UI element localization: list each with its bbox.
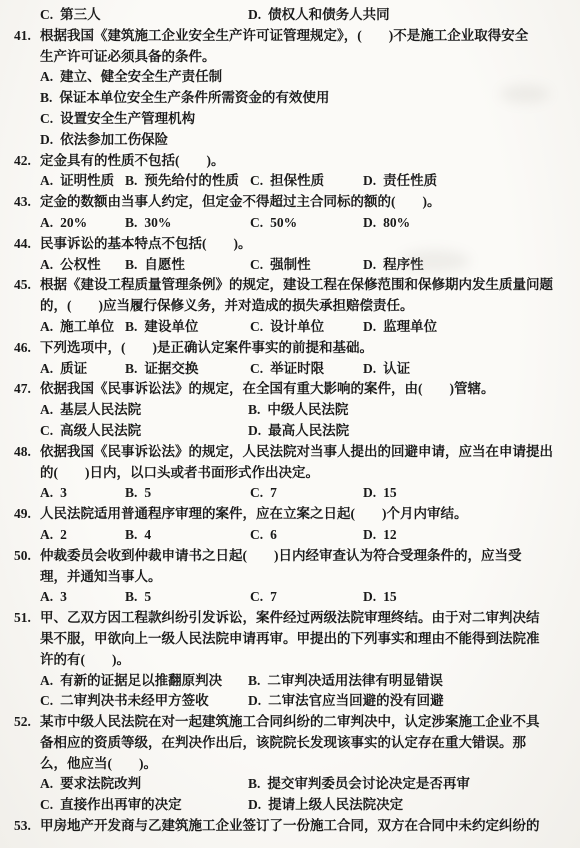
question-number: 51. <box>14 608 40 629</box>
question-stem: 人民法院适用普通程序审理的案件，应在立案之日起( )个月内审结。 <box>40 504 562 525</box>
option: B.保证本单位安全生产条件所需资金的有效使用 <box>40 88 562 109</box>
option: C.二审判决书未经甲方签收 <box>40 691 248 712</box>
option-text: 认证 <box>383 361 410 376</box>
question-50: 50. 仲裁委员会收到仲裁申请书之日起( )日内经审查认为符合受理条件的，应当受… <box>14 546 562 608</box>
option-label: B. <box>125 361 137 376</box>
option-label: C. <box>250 589 263 604</box>
question-number: 50. <box>14 546 40 567</box>
option-label: D. <box>248 423 261 438</box>
options-group: A.建立、健全安全生产责任制 B.保证本单位安全生产条件所需资金的有效使用 C.… <box>40 67 562 150</box>
option: A.基层人民法院 <box>40 400 248 421</box>
option-text: 5 <box>144 589 151 604</box>
option-text: 担保性质 <box>270 173 324 188</box>
option: A.公权性 <box>40 255 125 276</box>
option: A.3 <box>40 483 125 504</box>
option: A.施工单位 <box>40 317 125 338</box>
option-text: 施工单位 <box>60 319 114 334</box>
question-stem: 民事诉讼的基本特点不包括( )。 <box>40 234 562 255</box>
option-text: 公权性 <box>60 257 101 272</box>
question-47: 47. 依据我国《民事诉讼法》的规定，在全国有重大影响的案件，由( )管辖。 A… <box>14 379 562 441</box>
option: D.认证 <box>363 359 562 380</box>
option: D.债权人和债务人共同 <box>248 5 562 26</box>
options-group: A.3 B.5 C.7 D.15 <box>40 587 562 608</box>
option: D.依法参加工伤保险 <box>40 130 562 151</box>
options-group: A.有新的证据足以推翻原判决 B.二审判决适用法律有明显错误 C.二审判决书未经… <box>40 671 562 713</box>
option-label: B. <box>125 173 137 188</box>
option-label: B. <box>125 319 137 334</box>
option: C.直接作出再审的决定 <box>40 795 248 816</box>
question-51: 51. 甲、乙双方因工程款纠纷引发诉讼，案件经过两级法院审理终结。由于对二审判决… <box>14 608 562 712</box>
option-text: 12 <box>383 527 397 542</box>
option-text: 基层人民法院 <box>60 402 141 417</box>
option-text: 7 <box>270 485 277 500</box>
option: A.有新的证据足以推翻原判决 <box>40 671 248 692</box>
option: C.6 <box>250 525 363 546</box>
option-label: C. <box>250 527 263 542</box>
question-number: 45. <box>14 275 40 296</box>
option: B.5 <box>125 483 250 504</box>
option-label: B. <box>40 90 52 105</box>
option-label: D. <box>363 319 376 334</box>
option-text: 依法参加工伤保险 <box>60 132 168 147</box>
option: A.要求法院改判 <box>40 774 248 795</box>
option-label: A. <box>40 527 53 542</box>
option-text: 有新的证据足以推翻原判决 <box>60 673 222 688</box>
option-text: 2 <box>60 527 67 542</box>
option-text: 要求法院改判 <box>60 776 141 791</box>
question-stem: 根据《建设工程质量管理条例》的规定，建设工程在保修范围和保修期内发生质量问题 的… <box>40 275 562 317</box>
option-label: B. <box>248 673 260 688</box>
question-44: 44. 民事诉讼的基本特点不包括( )。 A.公权性 B.自愿性 C.强制性 D… <box>14 234 562 276</box>
option: B.二审判决适用法律有明显错误 <box>248 671 562 692</box>
option-label: A. <box>40 319 53 334</box>
question-number: 47. <box>14 379 40 400</box>
question-stem-row: 47. 依据我国《民事诉讼法》的规定，在全国有重大影响的案件，由( )管辖。 <box>14 379 562 400</box>
option: A.建立、健全安全生产责任制 <box>40 67 562 88</box>
option: C.7 <box>250 483 363 504</box>
question-stem-row: 46. 下列选项中，( )是正确认定案件事实的前提和基础。 <box>14 338 562 359</box>
option: D.12 <box>363 525 562 546</box>
option-text: 设置安全生产管理机构 <box>60 111 195 126</box>
option-label: C. <box>40 7 53 22</box>
question-number: 43. <box>14 192 40 213</box>
option: A.质证 <box>40 359 125 380</box>
option-text: 程序性 <box>383 257 424 272</box>
option-label: D. <box>363 257 376 272</box>
option: C.高级人民法院 <box>40 421 248 442</box>
option-text: 监理单位 <box>383 319 437 334</box>
option-text: 建立、健全安全生产责任制 <box>60 69 222 84</box>
option-label: D. <box>363 215 376 230</box>
option-label: A. <box>40 69 53 84</box>
question-stem: 根据我国《建筑施工企业安全生产许可证管理规定》，( )不是施工企业取得安全 生产… <box>40 26 562 68</box>
option: A.20% <box>40 213 125 234</box>
option-text: 建设单位 <box>144 319 198 334</box>
option-label: C. <box>40 797 53 812</box>
question-number: 49. <box>14 504 40 525</box>
question-stem-row: 41. 根据我国《建筑施工企业安全生产许可证管理规定》，( )不是施工企业取得安… <box>14 26 562 68</box>
question-stem-row: 53. 甲房地产开发商与乙建筑施工企业签订了一份施工合同，双方在合同中未约定纠纷… <box>14 816 562 837</box>
option-text: 50% <box>270 215 297 230</box>
question-number: 42. <box>14 151 40 172</box>
option-text: 3 <box>60 589 67 604</box>
question-42: 42. 定金具有的性质不包括( )。 A.证明性质 B.预先给付的性质 C.担保… <box>14 151 562 193</box>
option: C.第三人 <box>40 5 248 26</box>
option-label: D. <box>363 589 376 604</box>
option-text: 高级人民法院 <box>60 423 141 438</box>
question-stem: 甲房地产开发商与乙建筑施工企业签订了一份施工合同，双方在合同中未约定纠纷的 <box>40 816 562 837</box>
option-label: B. <box>125 527 137 542</box>
option-text: 责任性质 <box>383 173 437 188</box>
option: D.80% <box>363 213 562 234</box>
option-label: A. <box>40 589 53 604</box>
question-41: 41. 根据我国《建筑施工企业安全生产许可证管理规定》，( )不是施工企业取得安… <box>14 26 562 151</box>
question-number: 48. <box>14 442 40 463</box>
option-text: 3 <box>60 485 67 500</box>
option-text: 最高人民法院 <box>268 423 349 438</box>
options-group: A.要求法院改判 B.提交审判委员会讨论决定是否再审 C.直接作出再审的决定 D… <box>40 774 562 816</box>
question-stem-row: 45. 根据《建设工程质量管理条例》的规定，建设工程在保修范围和保修期内发生质量… <box>14 275 562 317</box>
question-stem: 依据我国《民事诉讼法》的规定，在全国有重大影响的案件，由( )管辖。 <box>40 379 562 400</box>
scanned-exam-page: C.第三人 D.债权人和债务人共同 41. 根据我国《建筑施工企业安全生产许可证… <box>0 0 580 848</box>
option-label: D. <box>363 485 376 500</box>
question-number: 44. <box>14 234 40 255</box>
option: C.举证时限 <box>250 359 363 380</box>
options-group: A.20% B.30% C.50% D.80% <box>40 213 562 234</box>
option-text: 15 <box>383 485 397 500</box>
option-text: 二审判决书未经甲方签收 <box>60 693 209 708</box>
carryover-options: C.第三人 D.债权人和债务人共同 <box>40 5 562 26</box>
option-text: 设计单位 <box>270 319 324 334</box>
option: C.50% <box>250 213 363 234</box>
option-label: C. <box>250 361 263 376</box>
option-text: 证据交换 <box>144 361 198 376</box>
option-label: A. <box>40 673 53 688</box>
option-text: 中级人民法院 <box>267 402 348 417</box>
question-stem-row: 51. 甲、乙双方因工程款纠纷引发诉讼，案件经过两级法院审理终结。由于对二审判决… <box>14 608 562 670</box>
option-label: D. <box>363 527 376 542</box>
option-label: C. <box>40 693 53 708</box>
option-text: 二审法官应当回避的没有回避 <box>268 693 444 708</box>
option-text: 二审判决适用法律有明显错误 <box>267 673 443 688</box>
option-text: 质证 <box>60 361 87 376</box>
option: A.证明性质 <box>40 171 125 192</box>
option-label: A. <box>40 257 53 272</box>
option-text: 20% <box>60 215 87 230</box>
question-43: 43. 定金的数额由当事人约定，但定金不得超过主合同标的额的( )。 A.20%… <box>14 192 562 234</box>
question-stem: 依据我国《民事诉讼法》的规定，人民法院对当事人提出的回避申请，应当在申请提出 的… <box>40 442 562 484</box>
option: B.预先给付的性质 <box>125 171 250 192</box>
options-group: A.2 B.4 C.6 D.12 <box>40 525 562 546</box>
option-text: 自愿性 <box>144 257 185 272</box>
options-group: A.施工单位 B.建设单位 C.设计单位 D.监理单位 <box>40 317 562 338</box>
option-label: B. <box>125 215 137 230</box>
option-text: 7 <box>270 589 277 604</box>
option-label: D. <box>363 173 376 188</box>
option-label: C. <box>40 111 53 126</box>
option: D.最高人民法院 <box>248 421 562 442</box>
option: B.提交审判委员会讨论决定是否再审 <box>248 774 562 795</box>
question-stem-row: 50. 仲裁委员会收到仲裁申请书之日起( )日内经审查认为符合受理条件的，应当受… <box>14 546 562 588</box>
options-group: A.质证 B.证据交换 C.举证时限 D.认证 <box>40 359 562 380</box>
option: B.证据交换 <box>125 359 250 380</box>
option-text: 直接作出再审的决定 <box>60 797 182 812</box>
question-number: 53. <box>14 816 40 837</box>
option: B.4 <box>125 525 250 546</box>
option: B.中级人民法院 <box>248 400 562 421</box>
option: B.自愿性 <box>125 255 250 276</box>
option-label: A. <box>40 215 53 230</box>
option-label: B. <box>125 257 137 272</box>
option-label: B. <box>248 776 260 791</box>
option-label: D. <box>248 7 261 22</box>
option-text: 15 <box>383 589 397 604</box>
question-number: 46. <box>14 338 40 359</box>
option-label: B. <box>248 402 260 417</box>
option-label: C. <box>40 423 53 438</box>
question-stem-row: 52. 某市中级人民法院在对一起建筑施工合同纠纷的二审判决中，认定涉案施工企业不… <box>14 712 562 774</box>
option-label: D. <box>248 693 261 708</box>
option: B.30% <box>125 213 250 234</box>
option: C.强制性 <box>250 255 363 276</box>
option-label: C. <box>250 257 263 272</box>
option: D.监理单位 <box>363 317 562 338</box>
option: C.7 <box>250 587 363 608</box>
question-stem-row: 44. 民事诉讼的基本特点不包括( )。 <box>14 234 562 255</box>
question-stem-row: 48. 依据我国《民事诉讼法》的规定，人民法院对当事人提出的回避申请，应当在申请… <box>14 442 562 484</box>
options-group: A.证明性质 B.预先给付的性质 C.担保性质 D.责任性质 <box>40 171 562 192</box>
question-stem: 定金的数额由当事人约定，但定金不得超过主合同标的额的( )。 <box>40 192 562 213</box>
option-label: D. <box>40 132 53 147</box>
option-text: 80% <box>383 215 410 230</box>
option: D.程序性 <box>363 255 562 276</box>
option-text: 保证本单位安全生产条件所需资金的有效使用 <box>59 90 329 105</box>
question-stem: 某市中级人民法院在对一起建筑施工合同纠纷的二审判决中，认定涉案施工企业不具 备相… <box>40 712 562 774</box>
option: A.2 <box>40 525 125 546</box>
question-49: 49. 人民法院适用普通程序审理的案件，应在立案之日起( )个月内审结。 A.2… <box>14 504 562 546</box>
option-text: 强制性 <box>270 257 311 272</box>
option-text: 30% <box>144 215 171 230</box>
option-label: A. <box>40 173 53 188</box>
option-text: 提交审判委员会讨论决定是否再审 <box>267 776 470 791</box>
option-text: 4 <box>144 527 151 542</box>
option-text: 第三人 <box>60 7 101 22</box>
question-stem: 甲、乙双方因工程款纠纷引发诉讼，案件经过两级法院审理终结。由于对二审判决结 果不… <box>40 608 562 670</box>
options-group: A.3 B.5 C.7 D.15 <box>40 483 562 504</box>
question-number: 41. <box>14 26 40 47</box>
option-label: B. <box>125 485 137 500</box>
option-label: A. <box>40 402 53 417</box>
option: D.责任性质 <box>363 171 562 192</box>
option: C.设置安全生产管理机构 <box>40 109 562 130</box>
question-52: 52. 某市中级人民法院在对一起建筑施工合同纠纷的二审判决中，认定涉案施工企业不… <box>14 712 562 816</box>
option-text: 债权人和债务人共同 <box>268 7 390 22</box>
option-label: D. <box>248 797 261 812</box>
option-text: 提请上级人民法院决定 <box>268 797 403 812</box>
question-stem-row: 49. 人民法院适用普通程序审理的案件，应在立案之日起( )个月内审结。 <box>14 504 562 525</box>
option: C.担保性质 <box>250 171 363 192</box>
option: D.15 <box>363 483 562 504</box>
option-text: 预先给付的性质 <box>144 173 239 188</box>
question-48: 48. 依据我国《民事诉讼法》的规定，人民法院对当事人提出的回避申请，应当在申请… <box>14 442 562 504</box>
option: D.二审法官应当回避的没有回避 <box>248 691 562 712</box>
option-label: C. <box>250 173 263 188</box>
option-text: 5 <box>144 485 151 500</box>
option-label: C. <box>250 485 263 500</box>
question-stem-row: 42. 定金具有的性质不包括( )。 <box>14 151 562 172</box>
option-text: 6 <box>270 527 277 542</box>
option-label: B. <box>125 589 137 604</box>
question-stem: 仲裁委员会收到仲裁申请书之日起( )日内经审查认为符合受理条件的，应当受 理，并… <box>40 546 562 588</box>
option: A.3 <box>40 587 125 608</box>
option: D.提请上级人民法院决定 <box>248 795 562 816</box>
option-label: A. <box>40 485 53 500</box>
option-text: 证明性质 <box>60 173 114 188</box>
question-stem-row: 43. 定金的数额由当事人约定，但定金不得超过主合同标的额的( )。 <box>14 192 562 213</box>
option: C.设计单位 <box>250 317 363 338</box>
question-number: 52. <box>14 712 40 733</box>
question-45: 45. 根据《建设工程质量管理条例》的规定，建设工程在保修范围和保修期内发生质量… <box>14 275 562 337</box>
option-text: 举证时限 <box>270 361 324 376</box>
option-label: C. <box>250 215 263 230</box>
option: B.5 <box>125 587 250 608</box>
options-group: A.公权性 B.自愿性 C.强制性 D.程序性 <box>40 255 562 276</box>
question-53: 53. 甲房地产开发商与乙建筑施工企业签订了一份施工合同，双方在合同中未约定纠纷… <box>14 816 562 837</box>
option-label: A. <box>40 776 53 791</box>
question-stem: 定金具有的性质不包括( )。 <box>40 151 562 172</box>
question-stem: 下列选项中，( )是正确认定案件事实的前提和基础。 <box>40 338 562 359</box>
option-label: C. <box>250 319 263 334</box>
option-label: D. <box>363 361 376 376</box>
option: B.建设单位 <box>125 317 250 338</box>
option: D.15 <box>363 587 562 608</box>
options-group: A.基层人民法院 B.中级人民法院 C.高级人民法院 D.最高人民法院 <box>40 400 562 442</box>
question-46: 46. 下列选项中，( )是正确认定案件事实的前提和基础。 A.质证 B.证据交… <box>14 338 562 380</box>
option-label: A. <box>40 361 53 376</box>
